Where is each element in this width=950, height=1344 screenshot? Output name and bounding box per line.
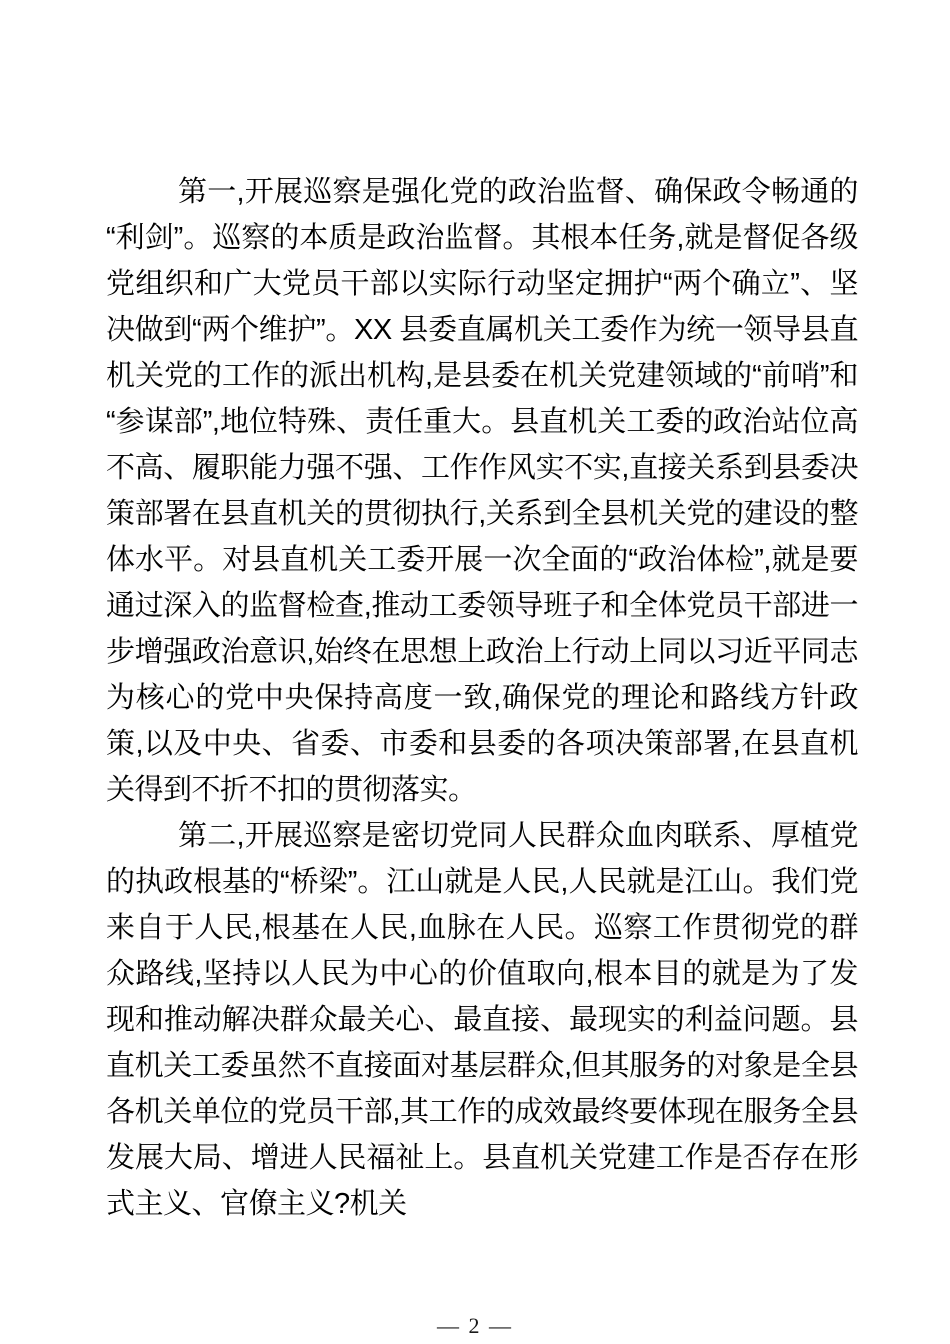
page-number: — 2 — [437, 1313, 513, 1338]
paragraph-point-one: 第一,开展巡察是强化党的政治监督、确保政令畅通的“利剑”。巡察的本质是政治监督。… [106, 169, 858, 813]
page-footer: — 2 — [0, 1313, 950, 1339]
page-content: 第一,开展巡察是强化党的政治监督、确保政令畅通的“利剑”。巡察的本质是政治监督。… [106, 169, 858, 1227]
document-page: 第一,开展巡察是强化党的政治监督、确保政令畅通的“利剑”。巡察的本质是政治监督。… [0, 0, 950, 1344]
paragraph-point-two: 第二,开展巡察是密切党同人民群众血肉联系、厚植党的执政根基的“桥梁”。江山就是人… [106, 813, 858, 1227]
